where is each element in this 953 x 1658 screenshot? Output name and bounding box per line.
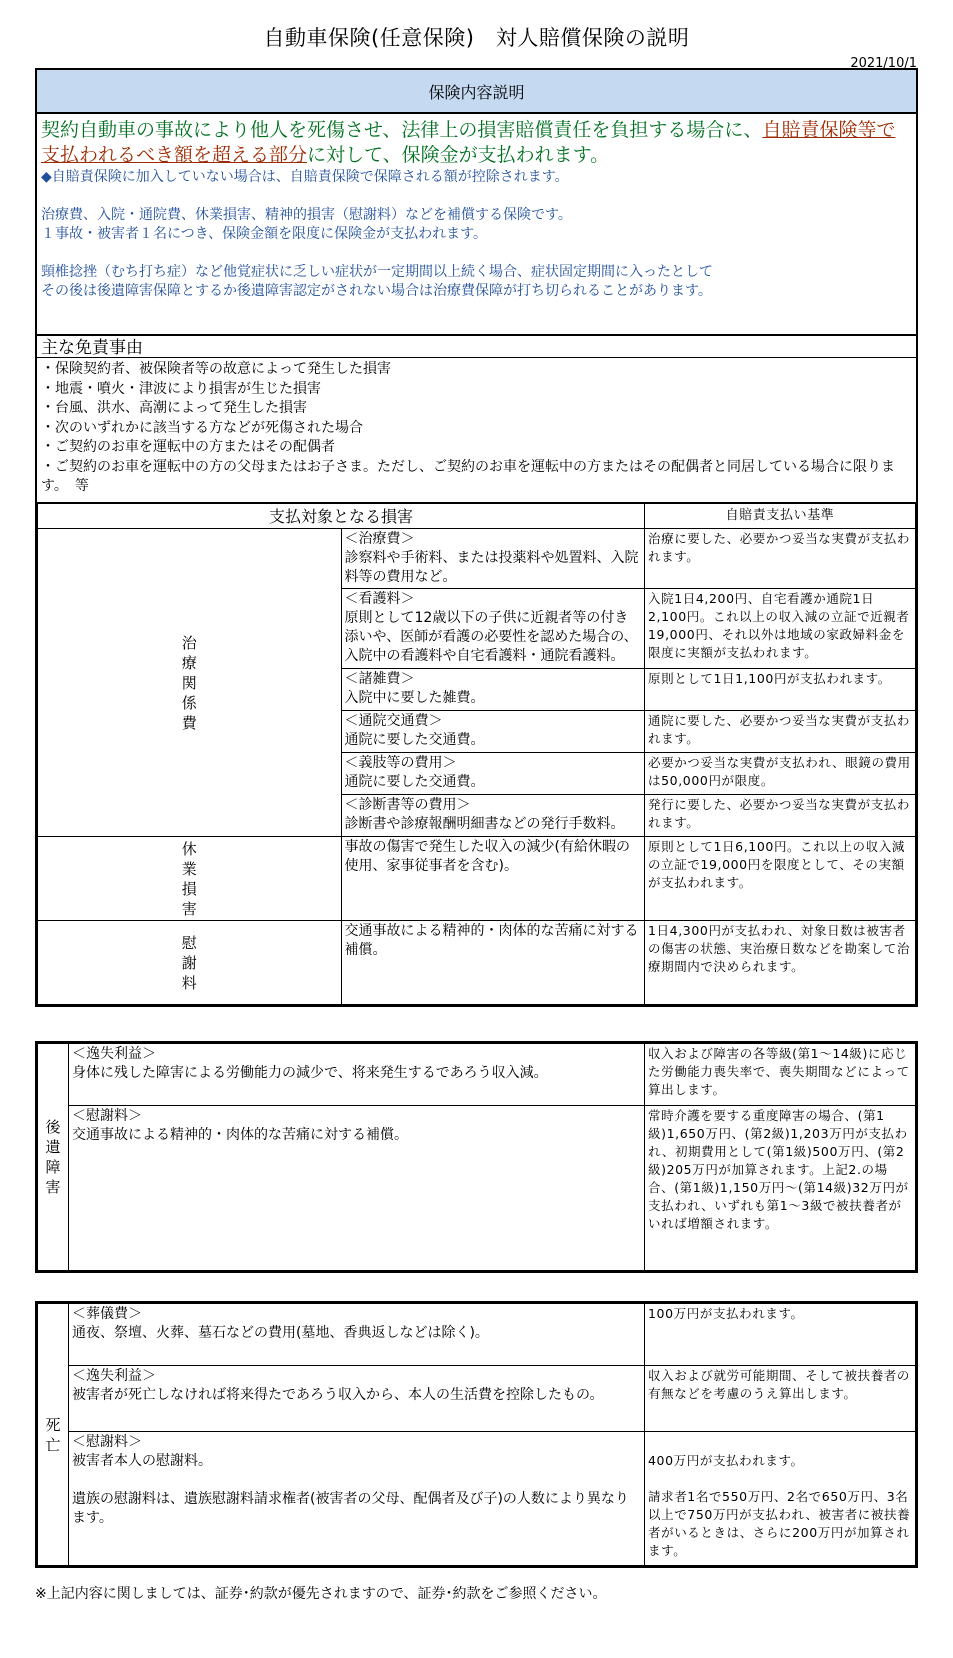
damage-cell: ＜義肢等の費用＞通院に要した交通費。 [341, 753, 645, 795]
lead-text: 契約自動車の事故により他人を死傷させ、法律上の損害賠償責任を負担する場合に、 [41, 119, 762, 141]
damage-cell: 事故の傷害で発生した収入の減少(有給休暇の使用、家事従事者を含む)。 [341, 837, 645, 921]
table-row: ＜慰謝料＞交通事故による精神的・肉体的な苦痛に対する補償。 常時介護を要する重度… [38, 1106, 916, 1271]
standard-cell: 収入および障害の各等級(第1～14級)に応じた労働能力喪失率で、喪失期間などによ… [645, 1044, 916, 1106]
table-row: ＜慰謝料＞ 被害者本人の慰謝料。 遺族の慰謝料は、遺族慰謝料請求権者(被害者の父… [38, 1432, 916, 1566]
after-effects-table: 後遺障害 ＜逸失利益＞身体に残した障害による労働能力の減少で、将来発生するであろ… [37, 1043, 916, 1271]
exclusion-item: ・保険契約者、被保険者等の故意によって発生した損害 [41, 360, 912, 380]
exclusion-item: ・地震・噴火・津波により損害が生じた損害 [41, 380, 912, 400]
table-row: 慰謝料 交通事故による精神的・肉体的な苦痛に対する補償。 1日4,300円が支払… [38, 921, 916, 1005]
exclusions-heading: 主な免責事由 [37, 334, 916, 358]
category-consolation: 慰謝料 [38, 921, 342, 1005]
standard-cell: 収入および就労可能期間、そして被扶養者の有無などを考慮のうえ算出します。 [645, 1366, 916, 1432]
standard-cell: 発行に要した、必要かつ妥当な実費が支払われます。 [645, 795, 916, 837]
lead-text-end: に対して、保険金が支払われます。 [307, 144, 609, 166]
intro-lead: 契約自動車の事故により他人を死傷させ、法律上の損害賠償責任を負担する場合に、自賠… [41, 118, 912, 168]
category-treatment: 治療関係費 [38, 529, 342, 837]
damage-cell: ＜慰謝料＞交通事故による精神的・肉体的な苦痛に対する補償。 [69, 1106, 645, 1271]
section-header: 保険内容説明 [37, 70, 916, 114]
intro-para2-line2: その後は後遺障害保障とするか後遺障害認定がされない場合は治療費保障が打ち切られる… [41, 282, 912, 301]
damages-table: 支払対象となる損害 自賠責支払い基準 治療関係費 ＜治療費＞診察料や手術料、また… [37, 502, 916, 1005]
death-box: 死亡 ＜葬儀費＞通夜、祭壇、火葬、墓石などの費用(墓地、香典返しなどは除く)。 … [35, 1301, 918, 1568]
standard-cell: 原則として1日1,100円が支払われます。 [645, 669, 916, 711]
standard-cell: 常時介護を要する重度障害の場合、(第1級)1,650万円、(第2級)1,203万… [645, 1106, 916, 1271]
damage-cell: ＜通院交通費＞通院に要した交通費。 [341, 711, 645, 753]
exclusion-item: ・次のいずれかに該当する方などが死傷された場合 [41, 419, 912, 439]
table-row: 死亡 ＜葬儀費＞通夜、祭壇、火葬、墓石などの費用(墓地、香典返しなどは除く)。 … [38, 1304, 916, 1366]
table-header-row: 支払対象となる損害 自賠責支払い基準 [38, 503, 916, 529]
damage-cell: ＜診断書等の費用＞診断書や診療報酬明細書などの発行手数料。 [341, 795, 645, 837]
standard-cell: 通院に要した、必要かつ妥当な実費が支払われます。 [645, 711, 916, 753]
exclusion-item: ・ご契約のお車を運転中の方の父母またはお子さま。ただし、ご契約のお車を運転中の方… [41, 458, 912, 497]
damage-cell: ＜治療費＞診察料や手術料、または投薬料や処置料、入院料等の費用など。 [341, 529, 645, 589]
column-header-damage: 支払対象となる損害 [38, 503, 645, 529]
exclusion-item: ・ご契約のお車を運転中の方またはその配偶者 [41, 438, 912, 458]
category-lost-wages: 休業損害 [38, 837, 342, 921]
page-title: 自動車保険(任意保険) 対人賠償保険の説明 [0, 22, 953, 52]
exclusion-item: ・台風、洪水、高潮によって発生した損害 [41, 399, 912, 419]
table-row: ＜逸失利益＞被害者が死亡しなければ将来得たであろう収入から、本人の生活費を控除し… [38, 1366, 916, 1432]
damage-cell: ＜逸失利益＞身体に残した障害による労働能力の減少で、将来発生するであろう収入減。 [69, 1044, 645, 1106]
coverage-description-box: 保険内容説明 契約自動車の事故により他人を死傷させ、法律上の損害賠償責任を負担す… [35, 68, 918, 1007]
table-row: 治療関係費 ＜治療費＞診察料や手術料、または投薬料や処置料、入院料等の費用など。… [38, 529, 916, 589]
table-row: 後遺障害 ＜逸失利益＞身体に残した障害による労働能力の減少で、将来発生するであろ… [38, 1044, 916, 1106]
intro-section: 契約自動車の事故により他人を死傷させ、法律上の損害賠償責任を負担する場合に、自賠… [37, 114, 916, 334]
damage-cell: 交通事故による精神的・肉体的な苦痛に対する補償。 [341, 921, 645, 1005]
category-death: 死亡 [38, 1304, 69, 1566]
standard-cell: 100万円が支払われます。 [645, 1304, 916, 1366]
standard-cell: 必要かつ妥当な実費が支払われ、眼鏡の費用は50,000円が限度。 [645, 753, 916, 795]
death-table: 死亡 ＜葬儀費＞通夜、祭壇、火葬、墓石などの費用(墓地、香典返しなどは除く)。 … [37, 1303, 916, 1566]
standard-cell: 1日4,300円が支払われ、対象日数は被害者の傷害の状態、実治療日数などを勘案し… [645, 921, 916, 1005]
intro-para1-line1: 治療費、入院・通院費、休業損害、精神的損害（慰謝料）などを補償する保険です。 [41, 206, 912, 225]
intro-para1-line2: １事故・被害者１名につき、保険金額を限度に保険金が支払われます。 [41, 225, 912, 244]
column-header-standard: 自賠責支払い基準 [645, 503, 916, 529]
standard-cell: 治療に要した、必要かつ妥当な実費が支払われます。 [645, 529, 916, 589]
damage-cell: ＜葬儀費＞通夜、祭壇、火葬、墓石などの費用(墓地、香典返しなどは除く)。 [69, 1304, 645, 1366]
table-row: 休業損害 事故の傷害で発生した収入の減少(有給休暇の使用、家事従事者を含む)。 … [38, 837, 916, 921]
damage-cell: ＜慰謝料＞ 被害者本人の慰謝料。 遺族の慰謝料は、遺族慰謝料請求権者(被害者の父… [69, 1432, 645, 1566]
category-after-effects: 後遺障害 [38, 1044, 69, 1271]
damage-cell: ＜諸雑費＞入院中に要した雑費。 [341, 669, 645, 711]
exclusions-list: ・保険契約者、被保険者等の故意によって発生した損害 ・地震・噴火・津波により損害… [37, 358, 916, 502]
standard-cell: 400万円が支払われます。 請求者1名で550万円、2名で650万円、3名以上で… [645, 1432, 916, 1566]
standard-cell: 原則として1日6,100円。これ以上の収入減の立証で19,000円を限度として、… [645, 837, 916, 921]
after-effects-box: 後遺障害 ＜逸失利益＞身体に残した障害による労働能力の減少で、将来発生するであろ… [35, 1041, 918, 1273]
footer-note: ※上記内容に関しましては、証券･約款が優先されますので、証券･約款をご参照くださ… [35, 1583, 606, 1603]
damage-cell: ＜逸失利益＞被害者が死亡しなければ将来得たであろう収入から、本人の生活費を控除し… [69, 1366, 645, 1432]
intro-note: ◆自賠責保険に加入していない場合は、自賠責保険で保障される額が控除されます。 [41, 168, 912, 187]
damage-cell: ＜看護料＞原則として12歳以下の子供に近親者等の付き添いや、医師が看護の必要性を… [341, 589, 645, 669]
intro-para2-line1: 頸椎捻挫（むち打ち症）など他覚症状に乏しい症状が一定期間以上続く場合、症状固定期… [41, 263, 912, 282]
standard-cell: 入院1日4,200円、自宅看護か通院1日2,100円。これ以上の収入減の立証で近… [645, 589, 916, 669]
